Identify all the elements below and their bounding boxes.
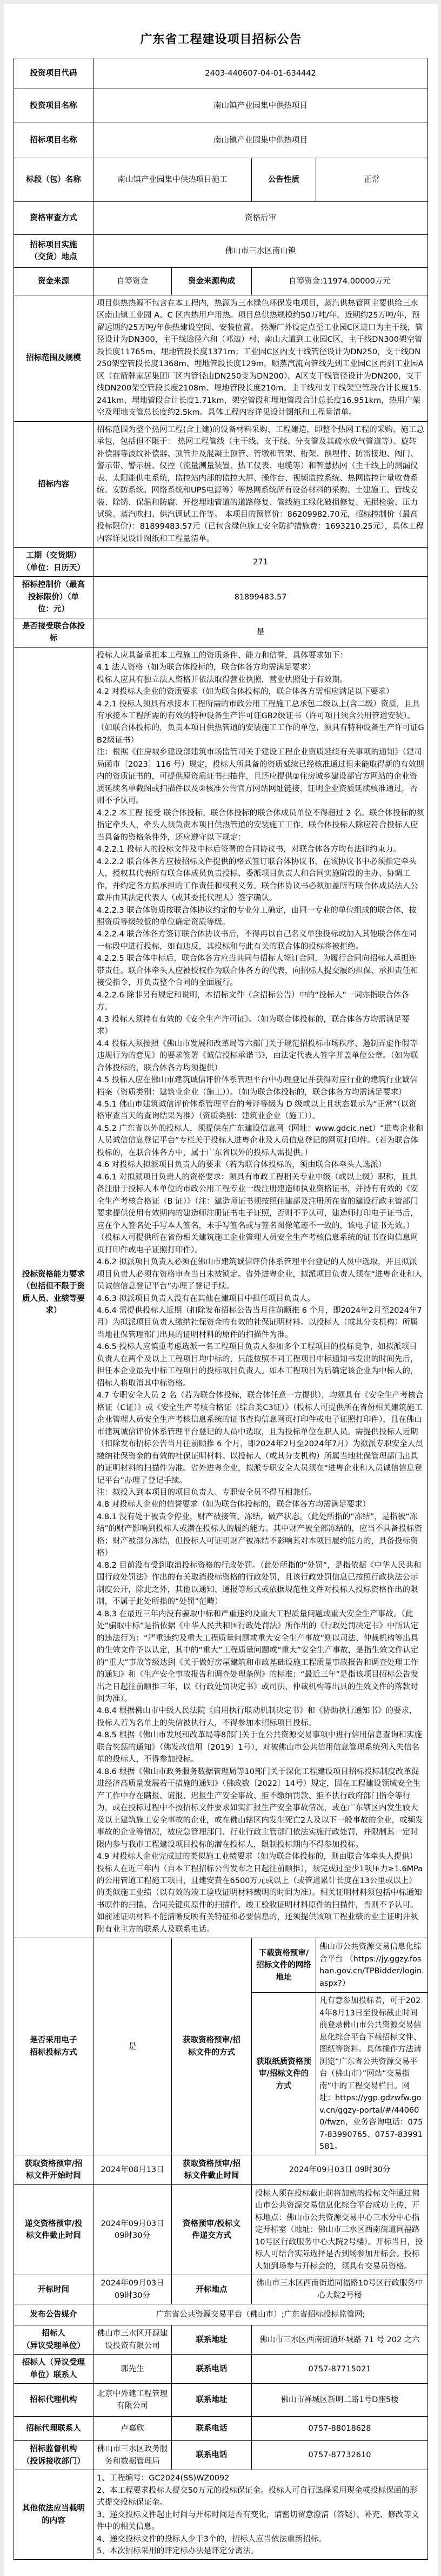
field-value: 佛山市公共资源交易信息化综合平台 （https://jy.ggzy.foshan… — [316, 1938, 428, 1993]
field-label: 招标人（异议受理 单位）联系人 — [14, 2355, 93, 2384]
field-value: 广东省公共资源交易平台（佛山市）;广东省招标投标监管网; — [93, 2304, 428, 2325]
announcement-table: 投资项目代码 2403-440607-04-01-634442 投资项目名称 南… — [14, 58, 428, 2560]
field-label: 联系地址 — [172, 2384, 252, 2417]
field-label: 开标地点 — [172, 2275, 252, 2304]
table-row: 招标范围及规模 项目供热热源不包含在本工程内，热源为三水绿色环保发电项目，蒸汽供… — [14, 295, 428, 422]
field-label: 联系地址 — [172, 2325, 252, 2355]
field-value: 项目供热热源不包含在本工程内，热源为三水绿色环保发电项目，蒸汽供热管网主要供给三… — [93, 295, 428, 422]
field-label: 是否接受联合体投 标 — [14, 618, 93, 647]
field-value: 2024年09月03日 09时30分 — [252, 2155, 428, 2185]
field-label: 获取纸质资格预审/招标文件的方式 — [252, 1993, 316, 2155]
table-row: 递交资格预审/投 标文件截止时间 2024年09月03日 09时30分 资格预审… — [14, 2185, 428, 2275]
table-row: 其他依法应当载明 的内容 1、工程编号：GC2024(SS)WZ0092 2、本… — [14, 2470, 428, 2560]
field-label: 招标代理机构 — [14, 2384, 93, 2417]
field-label: 获取资格预审/招 标文件截止时间 — [172, 2155, 252, 2185]
table-row: 招标人 （异议受理单位） 佛山市三水区开源建设投资有限公司 联系地址 佛山市三水… — [14, 2325, 428, 2355]
field-label: 工期（交货期） （单位：日历天） — [14, 548, 93, 577]
field-label: 招标项目实施 （交货）地点 — [14, 235, 93, 268]
field-value: 0757-87715021 — [252, 2355, 428, 2384]
field-label: 开标时间 — [14, 2275, 93, 2304]
field-value: 佛山市三水区西南街道环城路 71 号 202 之六 — [252, 2325, 428, 2355]
field-label: 资格审查方式 — [14, 202, 93, 235]
field-label: 是否采用电子 招标投标方式 — [14, 1938, 93, 2155]
table-row: 招标控制价（最高 投标限价）（单 位：元） 81899483.57 — [14, 577, 428, 618]
field-value: 0757-87732610 — [252, 2441, 428, 2470]
field-label: 联系电话 — [172, 2417, 252, 2441]
field-label: 发布公告媒介 — [14, 2304, 93, 2325]
field-value: 2024年08月13日 — [93, 2155, 172, 2185]
table-row: 招标项目名称 南山镇产业园集中供热项目 — [14, 123, 428, 158]
field-value: 是 — [93, 618, 428, 647]
field-value: 自筹资金:11974.00000万元 — [252, 268, 428, 295]
table-row: 投资项目代码 2403-440607-04-01-634442 — [14, 58, 428, 89]
field-value: 正常 — [316, 158, 428, 202]
field-value: 凡有意参加投标者，可于2024年8月13日至投标截止时间前登录佛山市公共资源交易… — [316, 1993, 428, 2155]
field-label: 下载资格预审/ 招标文件的网络 地址 — [252, 1938, 316, 1993]
field-label: 联系电话 — [172, 2441, 252, 2470]
table-row: 招标内容 招标范围为整个热网工程(含土建)的设备材料采购、工程建造，即整个热网工… — [14, 421, 428, 548]
table-row: 招标监督机构 （投诉接收部门） 佛山市三水区政务服务和数据管理局 联系电话 07… — [14, 2441, 428, 2470]
table-row: 是否采用电子 招标投标方式 是 获取资格预审/招 标文件的方式 下载资格预审/ … — [14, 1938, 428, 1993]
field-value: 南山镇产业园集中供热项目 — [93, 123, 428, 158]
table-row: 招标项目实施 （交货）地点 佛山市三水区南山镇 — [14, 235, 428, 268]
table-row: 资金来源 自筹资金 资金来源构成 自筹资金:11974.00000万元 — [14, 268, 428, 295]
table-row: 资格审查方式 资格后审 — [14, 202, 428, 235]
field-label: 招标内容 — [14, 421, 93, 548]
field-label: 招标代理联系人 — [14, 2417, 93, 2441]
field-label: 资金来源 — [14, 268, 93, 295]
field-label: 投资项目代码 — [14, 58, 93, 89]
field-value: 招标范围为整个热网工程(含土建)的设备材料采购、工程建造，即整个热网工程的采购、… — [93, 421, 428, 548]
table-row: 开标时间 2024年09月03日 09时30分 开标地点 佛山市三水区西南街道同… — [14, 2275, 428, 2304]
field-value: 2024年09月03日 09时30分 — [93, 2275, 172, 2304]
field-label: 联系电话 — [172, 2355, 252, 2384]
field-value: 是 — [93, 1938, 172, 2155]
field-label: 招标范围及规模 — [14, 295, 93, 422]
table-row: 获取资格预审/招 标文件开始时间 2024年08月13日 获取资格预审/招 标文… — [14, 2155, 428, 2185]
table-row: 招标代理机构 北京中外建工程管理有限公司 联系地址 佛山市禅城区新明二路1号D座… — [14, 2384, 428, 2417]
field-value: 2403-440607-04-01-634442 — [93, 58, 428, 89]
table-row: 是否接受联合体投 标 是 — [14, 618, 428, 647]
field-value: 0757-88018628 — [252, 2417, 428, 2441]
field-value: 佛山市三水区西南街道同福路10号区行政服务中心大院2号楼 — [252, 2275, 428, 2304]
table-row: 投标资格能力要求 （包括但不限于资 质人员、业绩等要 求） 投标人应具备承担本工… — [14, 647, 428, 1938]
page-title: 广东省工程建设项目招标公告 — [4, 30, 438, 47]
field-value: 南山镇产业园集中供热项目施工 — [93, 158, 252, 202]
field-label: 资金来源构成 — [172, 268, 252, 295]
table-row: 投资项目名称 南山镇产业园集中供热项目 — [14, 89, 428, 123]
table-row: 招标代理联系人 卢嘉欣 联系电话 0757-88018628 — [14, 2417, 428, 2441]
field-value: 佛山市三水区南山镇 — [93, 235, 428, 268]
field-value: 资格后审 — [93, 202, 428, 235]
announcement-page: 广东省工程建设项目招标公告 投资项目代码 2403-440607-04-01-6… — [4, 4, 438, 2576]
table-row: 招标人（异议受理 单位）联系人 郭先生 联系电话 0757-87715021 — [14, 2355, 428, 2384]
field-value: 南山镇产业园集中供热项目 — [93, 89, 428, 123]
field-value: 81899483.57 — [93, 577, 428, 618]
field-value: 2024年09月03日 09时30分 — [93, 2185, 172, 2275]
field-label: 其他依法应当载明 的内容 — [14, 2470, 93, 2560]
field-label: 投标资格能力要求 （包括但不限于资 质人员、业绩等要 求） — [14, 647, 93, 1938]
field-value: 271 — [93, 548, 428, 577]
field-label: 招标监督机构 （投诉接收部门） — [14, 2441, 93, 2470]
field-value: 1、工程编号：GC2024(SS)WZ0092 2、本工程要求投标人提交50万元… — [93, 2470, 428, 2560]
table-row: 标段（包）名称 南山镇产业园集中供热项目施工 公告性质 正常 — [14, 158, 428, 202]
field-label: 公告性质 — [252, 158, 316, 202]
field-value: 郭先生 — [93, 2355, 172, 2384]
field-value: 投标人应具备承担本工程施工的资质条件、能力和信誉，具体要求如下： 4.1 法人资… — [93, 647, 428, 1938]
field-label: 获取资格预审/招 标文件开始时间 — [14, 2155, 93, 2185]
table-row: 发布公告媒介 广东省公共资源交易平台（佛山市）;广东省招标投标监管网; — [14, 2304, 428, 2325]
field-value: 北京中外建工程管理有限公司 — [93, 2384, 172, 2417]
field-value: 佛山市三水区政务服务和数据管理局 — [93, 2441, 172, 2470]
field-label: 递交资格预审/投 标文件截止时间 — [14, 2185, 93, 2275]
field-value: 卢嘉欣 — [93, 2417, 172, 2441]
field-value: 投标人须在投标截止前将加密的投标文件通过佛山市公共资源交易信息化综合平台成功上传… — [252, 2185, 428, 2275]
field-label: 获取资格预审/招 标文件的方式 — [172, 1938, 252, 2155]
table-row: 工期（交货期） （单位：日历天） 271 — [14, 548, 428, 577]
field-value: 佛山市禅城区新明二路1号D座5楼 — [252, 2384, 428, 2417]
field-value: 佛山市三水区开源建设投资有限公司 — [93, 2325, 172, 2355]
field-label: 招标控制价（最高 投标限价）（单 位：元） — [14, 577, 93, 618]
field-label: 招标人 （异议受理单位） — [14, 2325, 93, 2355]
field-label: 招标项目名称 — [14, 123, 93, 158]
field-label: 投资项目名称 — [14, 89, 93, 123]
field-label: 标段（包）名称 — [14, 158, 93, 202]
field-value: 自筹资金 — [93, 268, 172, 295]
field-label: 资格预审/投标文 件递交方式 — [172, 2185, 252, 2275]
